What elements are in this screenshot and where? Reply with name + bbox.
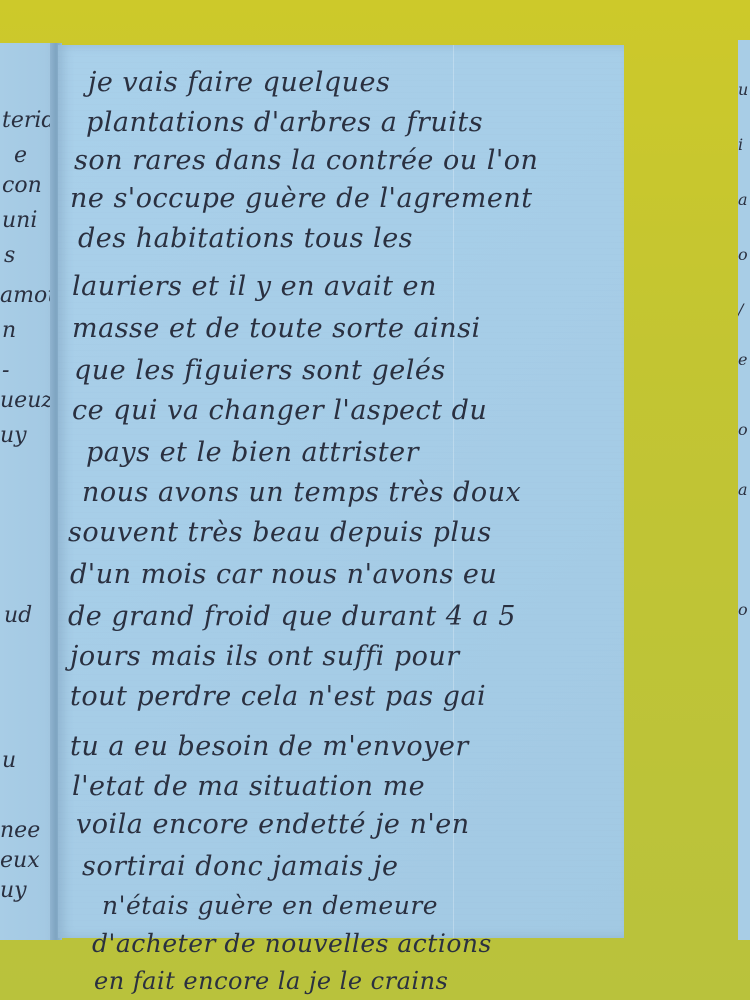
handwritten-line: nous avons un temps très doux (82, 477, 521, 508)
right-text-fragment: o (738, 420, 748, 439)
handwritten-line: sortirai donc jamais je (82, 851, 398, 882)
handwritten-line: souvent très beau depuis plus (68, 517, 492, 548)
handwritten-line: jours mais ils ont suffi pour (70, 641, 460, 672)
handwritten-line: masse et de toute sorte ainsi (72, 313, 481, 344)
letter-page: je vais faire quelques plantations d'arb… (58, 45, 624, 938)
handwritten-line: son rares dans la contrée ou l'on (74, 145, 538, 176)
handwritten-line: d'un mois car nous n'avons eu (70, 559, 497, 590)
right-text-fragment: i (738, 135, 743, 154)
handwritten-line: l'etat de ma situation me (72, 771, 425, 802)
left-text-fragment: uy (0, 423, 27, 448)
right-page-fragment: u i a o / e o a o (738, 40, 750, 940)
left-page-fragment: terid e con uni s amouy n - ueuz uy ud u… (0, 43, 56, 940)
left-text-fragment: uy (0, 878, 27, 903)
right-text-fragment: e (738, 350, 747, 369)
right-text-fragment: / (738, 300, 743, 319)
handwritten-line: je vais faire quelques (88, 67, 390, 98)
handwritten-line: ne s'occupe guère de l'agrement (70, 183, 533, 214)
handwritten-line: tu a eu besoin de m'envoyer (70, 731, 469, 762)
handwritten-line: d'acheter de nouvelles actions (92, 929, 492, 958)
left-text-fragment: u (2, 748, 16, 773)
handwritten-line: n'étais guère en demeure (102, 891, 438, 920)
handwritten-line: pays et le bien attrister (86, 437, 419, 468)
left-text-fragment: e (14, 143, 27, 168)
right-text-fragment: u (738, 80, 748, 99)
handwritten-line: lauriers et il y en avait en (72, 271, 437, 302)
handwritten-line: voila encore endetté je n'en (76, 809, 470, 840)
left-text-fragment: ueuz (0, 388, 53, 413)
left-text-fragment: s (4, 243, 15, 268)
handwritten-line: tout perdre cela n'est pas gai (70, 681, 486, 712)
left-text-fragment: uni (2, 208, 37, 233)
right-text-fragment: o (738, 600, 748, 619)
right-text-fragment: a (738, 190, 748, 209)
left-text-fragment: eux (0, 848, 40, 873)
handwritten-line: ce qui va changer l'aspect du (72, 395, 487, 426)
left-text-fragment: n (2, 318, 16, 343)
left-text-fragment: terid (2, 108, 56, 133)
left-text-fragment: con (2, 173, 42, 198)
left-text-fragment: - (2, 358, 9, 383)
right-text-fragment: a (738, 480, 748, 499)
handwritten-line: en fait encore la je le crains (94, 967, 448, 995)
handwritten-line: des habitations tous les (78, 223, 413, 254)
handwritten-line: plantations d'arbres a fruits (86, 107, 483, 138)
left-text-fragment: nee (0, 818, 40, 843)
right-text-fragment: o (738, 245, 748, 264)
handwritten-line: de grand froid que durant 4 a 5 (68, 601, 516, 632)
left-text-fragment: ud (4, 603, 32, 628)
handwritten-line: que les figuiers sont gelés (74, 355, 446, 386)
left-text-fragment: amouy (0, 283, 56, 308)
